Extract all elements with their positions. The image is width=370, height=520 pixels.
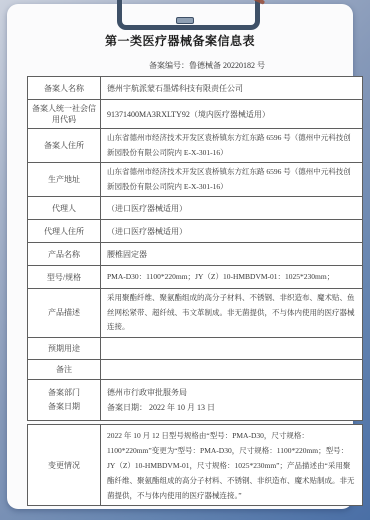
row-value: 91371400MA3RXLTY92（境内医疗器械适用） bbox=[101, 100, 363, 129]
row-value bbox=[101, 359, 363, 379]
table-row: 产品描述 采用聚酯纤维、聚氨酯组成的高分子材料、不锈钢、非织造布、魔术贴、鱼丝网… bbox=[28, 289, 363, 338]
row-label: 代理人住所 bbox=[28, 220, 101, 243]
row-value: 2022 年 10 月 12 日型号规格由“型号：PMA-D30，尺寸规格：11… bbox=[101, 425, 363, 506]
row-label: 变更情况 bbox=[28, 425, 101, 506]
row-label: 备案部门 备案日期 bbox=[28, 379, 101, 420]
row-label: 代理人 bbox=[28, 197, 101, 220]
table-row-change: 变更情况 2022 年 10 月 12 日型号规格由“型号：PMA-D30，尺寸… bbox=[28, 425, 363, 506]
row-value: 腰椎固定器 bbox=[101, 243, 363, 266]
table-row-department: 备案部门 备案日期 德州市行政审批服务局 备案日期： 2022 年 10 月 1… bbox=[28, 379, 363, 420]
row-value: 采用聚酯纤维、聚氨酯组成的高分子材料、不锈钢、非织造布、魔术贴、鱼丝网松紧带、超… bbox=[101, 289, 363, 338]
department-name: 德州市行政审批服务局 bbox=[107, 385, 356, 400]
clipboard-clip bbox=[117, 0, 260, 30]
row-value: PMA-D30：1100*220mm；JY（Z）10-HMBDVM-01：102… bbox=[101, 266, 363, 289]
table-row: 预期用途 bbox=[28, 337, 363, 359]
row-label: 型号/规格 bbox=[28, 266, 101, 289]
row-label: 预期用途 bbox=[28, 337, 101, 359]
change-history-table: 变更情况 2022 年 10 月 12 日型号规格由“型号：PMA-D30，尺寸… bbox=[27, 424, 363, 506]
registration-date: 备案日期： 2022 年 10 月 13 日 bbox=[107, 400, 356, 415]
row-label: 产品描述 bbox=[28, 289, 101, 338]
row-value: 德州宇航派蒙石墨烯科技有限责任公司 bbox=[101, 77, 363, 100]
dept-label-line1: 备案部门 bbox=[31, 386, 97, 400]
row-label: 备案人统一社会信用代码 bbox=[28, 100, 101, 129]
clipboard-clip-notch bbox=[176, 17, 194, 24]
clipboard-paper: 第一类医疗器械备案信息表 备案编号：鲁德械备 20220182 号 备案人名称 … bbox=[7, 4, 353, 509]
table-row: 代理人 （进口医疗器械适用） bbox=[28, 197, 363, 220]
table-row: 产品名称 腰椎固定器 bbox=[28, 243, 363, 266]
row-value: （进口医疗器械适用） bbox=[101, 220, 363, 243]
table-row: 型号/规格 PMA-D30：1100*220mm；JY（Z）10-HMBDVM-… bbox=[28, 266, 363, 289]
row-label: 生产地址 bbox=[28, 163, 101, 197]
row-value bbox=[101, 337, 363, 359]
table-row: 代理人住所 （进口医疗器械适用） bbox=[28, 220, 363, 243]
table-row: 备案人名称 德州宇航派蒙石墨烯科技有限责任公司 bbox=[28, 77, 363, 100]
dept-label-line2: 备案日期 bbox=[31, 400, 97, 414]
table-row: 生产地址 山东省德州市经济技术开发区袁桥镇东方红东路 6596 号（德州中元科技… bbox=[28, 163, 363, 197]
row-label: 备案人住所 bbox=[28, 129, 101, 163]
row-value: 山东省德州市经济技术开发区袁桥镇东方红东路 6596 号（德州中元科技创新园股份… bbox=[101, 163, 363, 197]
row-value: 山东省德州市经济技术开发区袁桥镇东方红东路 6596 号（德州中元科技创新园股份… bbox=[101, 129, 363, 163]
table-row: 备案人统一社会信用代码 91371400MA3RXLTY92（境内医疗器械适用） bbox=[28, 100, 363, 129]
table-row: 备注 bbox=[28, 359, 363, 379]
registration-info-table: 备案人名称 德州宇航派蒙石墨烯科技有限责任公司 备案人统一社会信用代码 9137… bbox=[27, 76, 363, 421]
registration-number: 备案编号：鲁德械备 20220182 号 bbox=[149, 60, 265, 71]
form-title: 第一类医疗器械备案信息表 bbox=[7, 32, 353, 49]
row-label: 备注 bbox=[28, 359, 101, 379]
table-row: 备案人住所 山东省德州市经济技术开发区袁桥镇东方红东路 6596 号（德州中元科… bbox=[28, 129, 363, 163]
row-value: 德州市行政审批服务局 备案日期： 2022 年 10 月 13 日 bbox=[101, 379, 363, 420]
row-value: （进口医疗器械适用） bbox=[101, 197, 363, 220]
row-label: 产品名称 bbox=[28, 243, 101, 266]
row-label: 备案人名称 bbox=[28, 77, 101, 100]
